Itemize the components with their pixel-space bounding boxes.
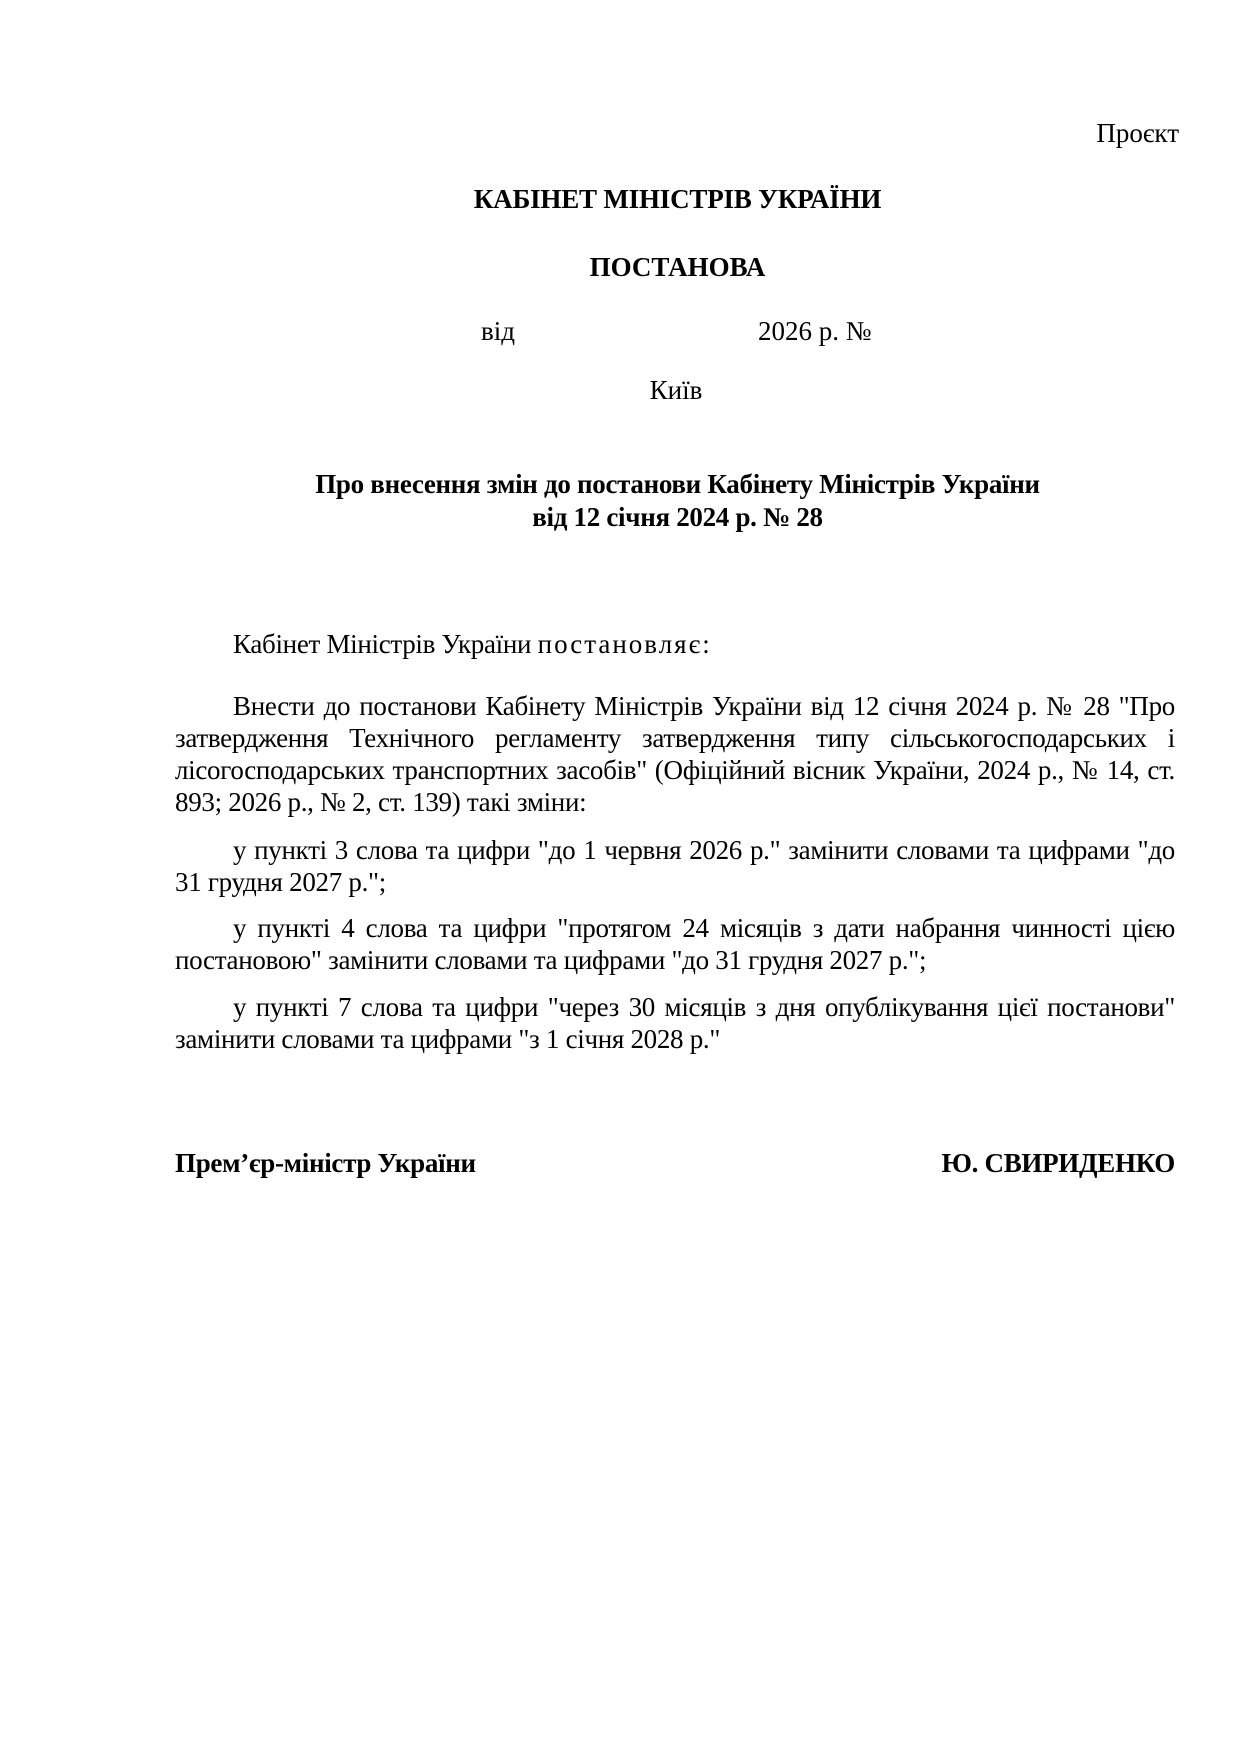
title-line-1: Про внесення змін до постанови Кабінету … (170, 468, 1185, 501)
document-title: Про внесення змін до постанови Кабінету … (170, 468, 1185, 534)
document-type: ПОСТАНОВА (0, 252, 1241, 283)
date-prefix: від (481, 316, 515, 347)
date-year-number: 2026 р. № (758, 316, 872, 347)
preamble-subject: Кабінет Міністрів України (233, 629, 538, 659)
preamble-end: : (702, 629, 709, 659)
issuing-authority: КАБІНЕТ МІНІСТРІВ УКРАЇНИ (0, 184, 1241, 215)
paragraph-point-4: у пункті 4 слова та цифри "протягом 24 м… (175, 912, 1175, 976)
city: Київ (0, 375, 1241, 406)
paragraph-amendment-intro: Внести до постанови Кабінету Міністрів У… (175, 690, 1175, 818)
document-page: Проєкт КАБІНЕТ МІНІСТРІВ УКРАЇНИ ПОСТАНО… (0, 0, 1241, 1755)
preamble-verb: постановляє (538, 629, 703, 659)
preamble: Кабінет Міністрів України постановляє: (175, 628, 1175, 660)
signatory-position: Прем’єр-міністр України (175, 1148, 476, 1179)
draft-label: Проєкт (1096, 118, 1179, 149)
paragraph-point-7: у пункті 7 слова та цифри "через 30 міся… (175, 991, 1175, 1055)
signatory-name: Ю. СВИРИДЕНКО (942, 1148, 1176, 1179)
paragraph-point-3: у пункті 3 слова та цифри "до 1 червня 2… (175, 834, 1175, 898)
title-line-2: від 12 січня 2024 р. № 28 (170, 501, 1185, 534)
